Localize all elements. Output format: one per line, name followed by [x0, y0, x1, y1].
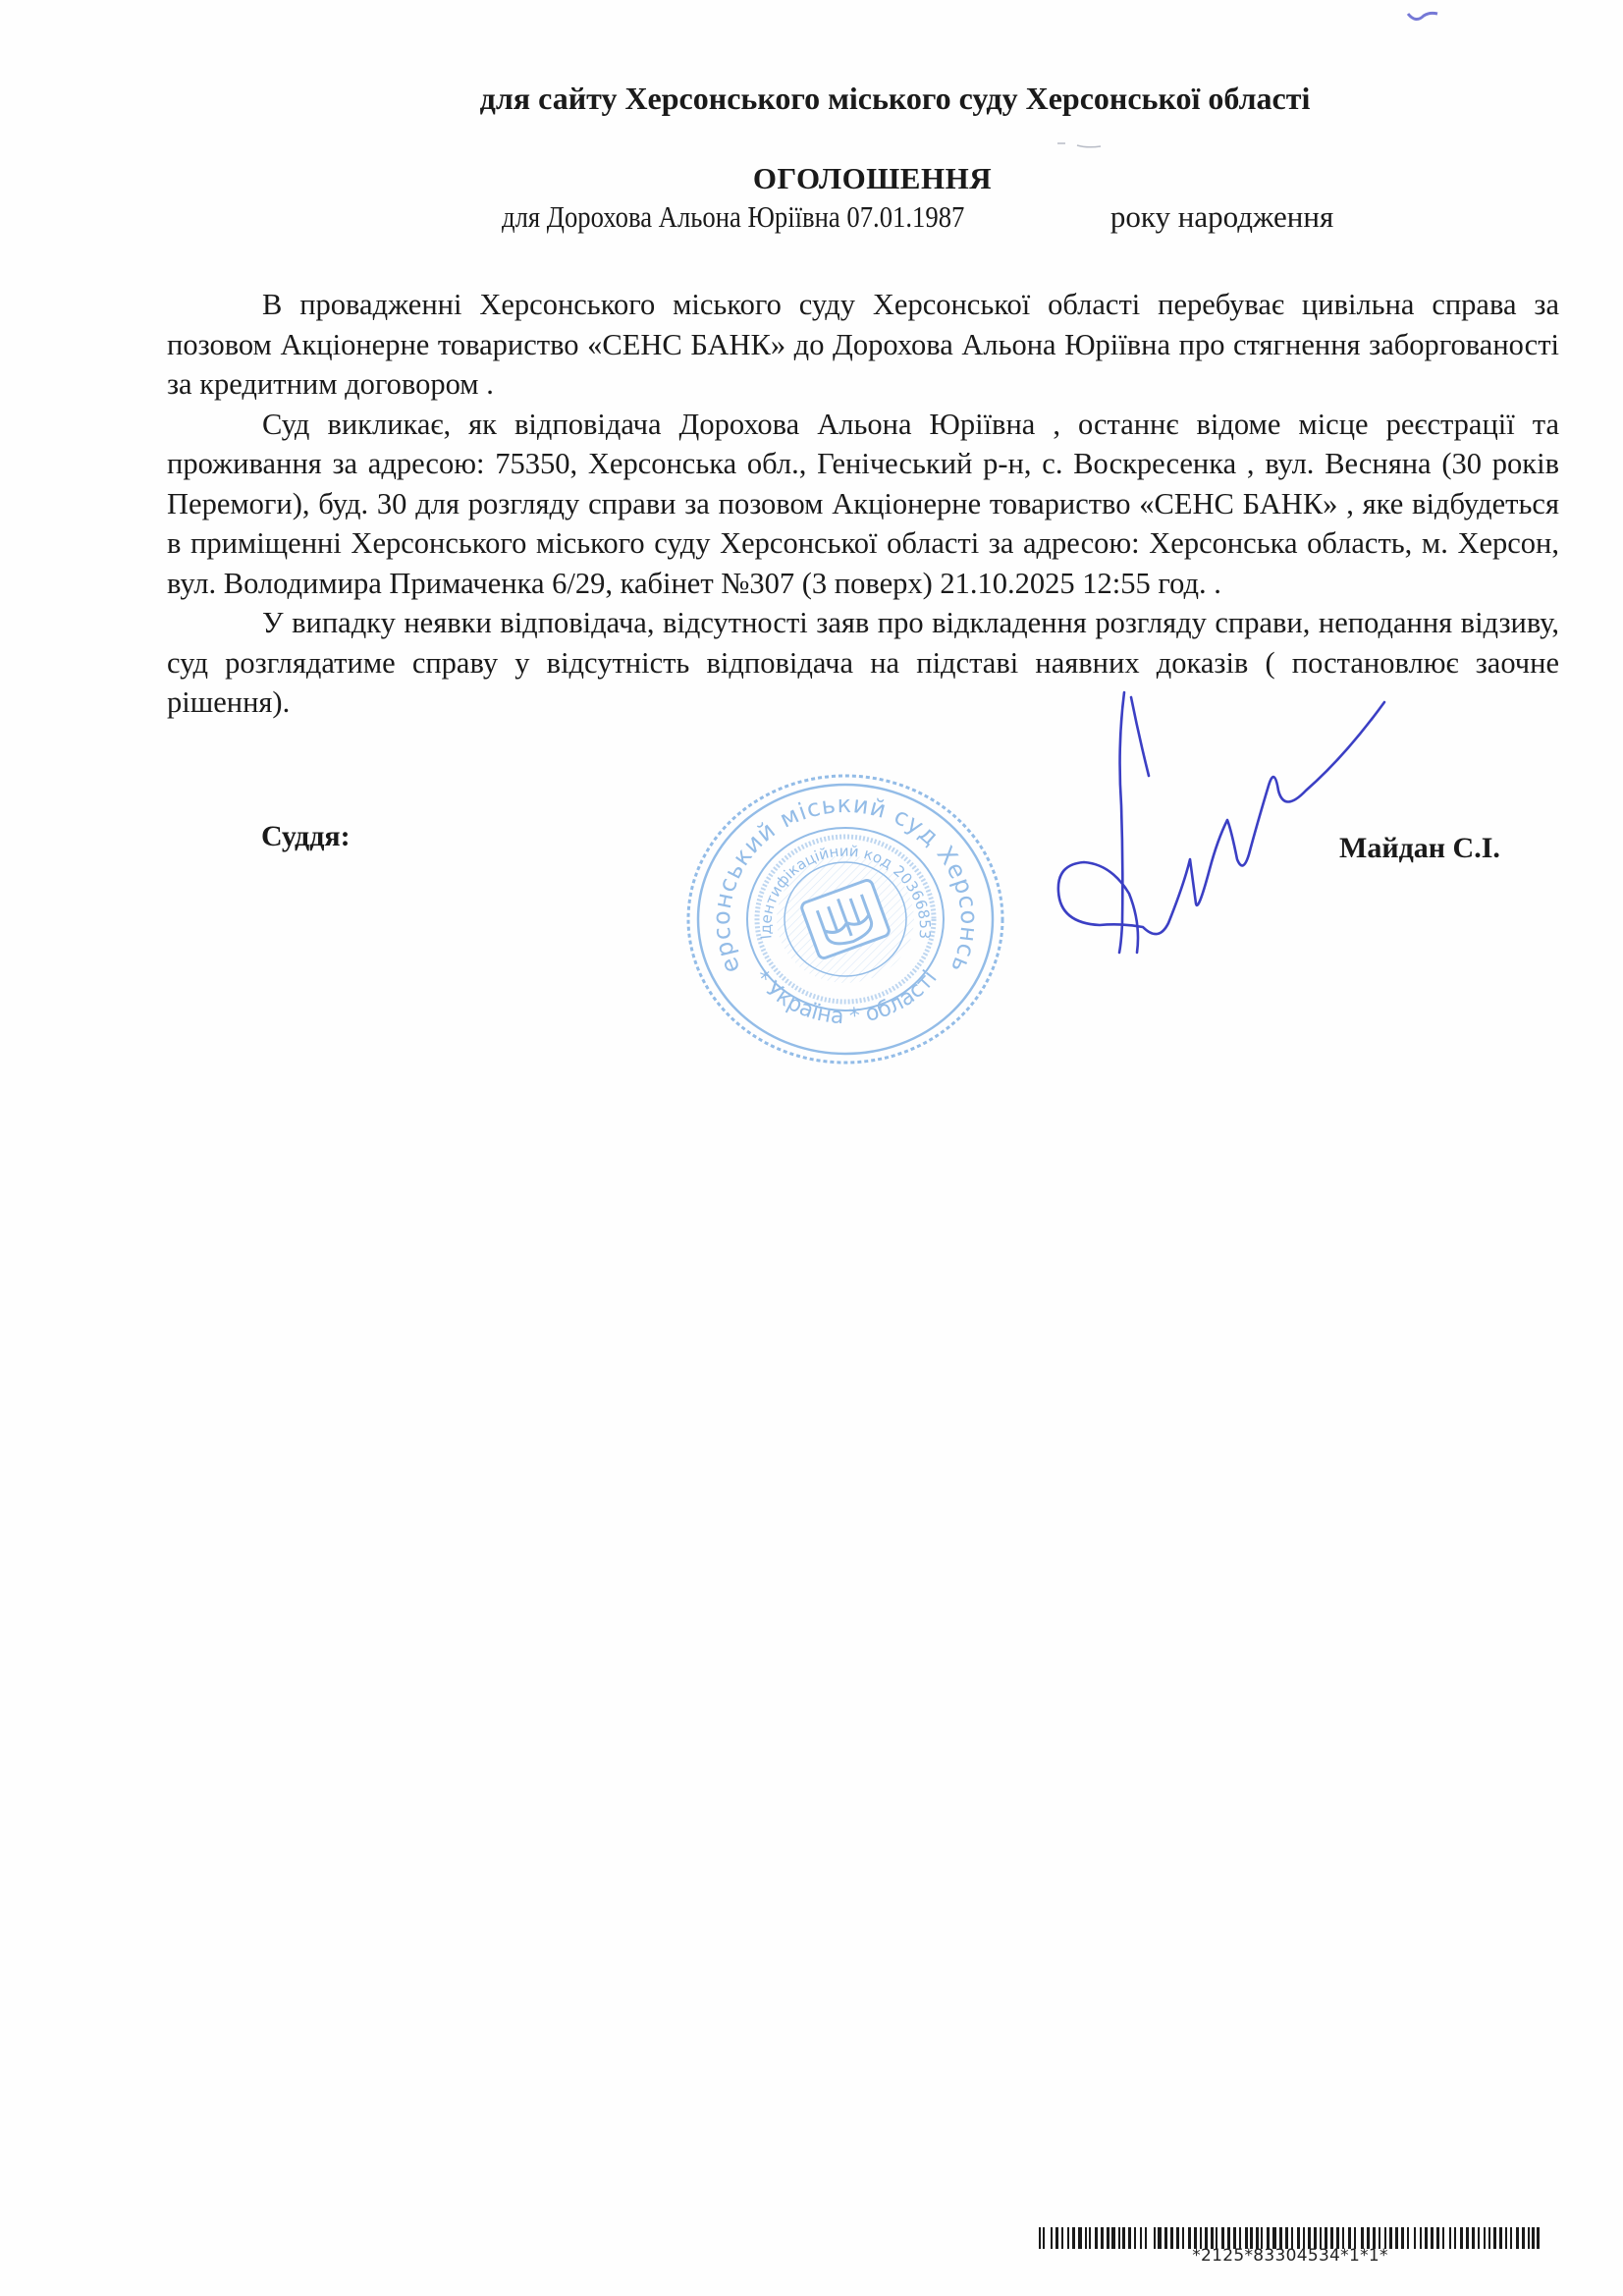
judge-signature-icon [1021, 629, 1434, 962]
subtitle-suffix: року народження [1110, 199, 1333, 235]
site-header: для сайту Херсонського міського суду Хер… [0, 79, 1623, 118]
site-header-text: для сайту Херсонського міського суду Хер… [480, 79, 1311, 118]
barcode-text: *2125*83304534*1*1* [1021, 2246, 1571, 2266]
document-page: для сайту Херсонського міського суду Хер… [0, 0, 1623, 2296]
court-stamp-icon: * Херсонський міський суд Херсонської * … [681, 768, 1009, 1070]
paragraph-case-info: В провадженні Херсонського міського суду… [167, 285, 1559, 405]
scan-mark-icon [1404, 10, 1443, 26]
document-title: ОГОЛОШЕННЯ [0, 161, 1623, 196]
paragraph-summons: Суд викликає, як відповідача Дорохова Ал… [167, 405, 1559, 604]
pen-mark-icon [1055, 140, 1114, 150]
document-subtitle: для Дорохова Альона Юріївна 07.01.1987 р… [0, 199, 1623, 235]
judge-label: Суддя: [261, 819, 351, 854]
subtitle-person: для Дорохова Альона Юріївна 07.01.1987 [502, 199, 964, 235]
barcode-number: *2125*83304534*1*1* [1192, 2246, 1388, 2266]
document-title-text: ОГОЛОШЕННЯ [753, 161, 992, 196]
